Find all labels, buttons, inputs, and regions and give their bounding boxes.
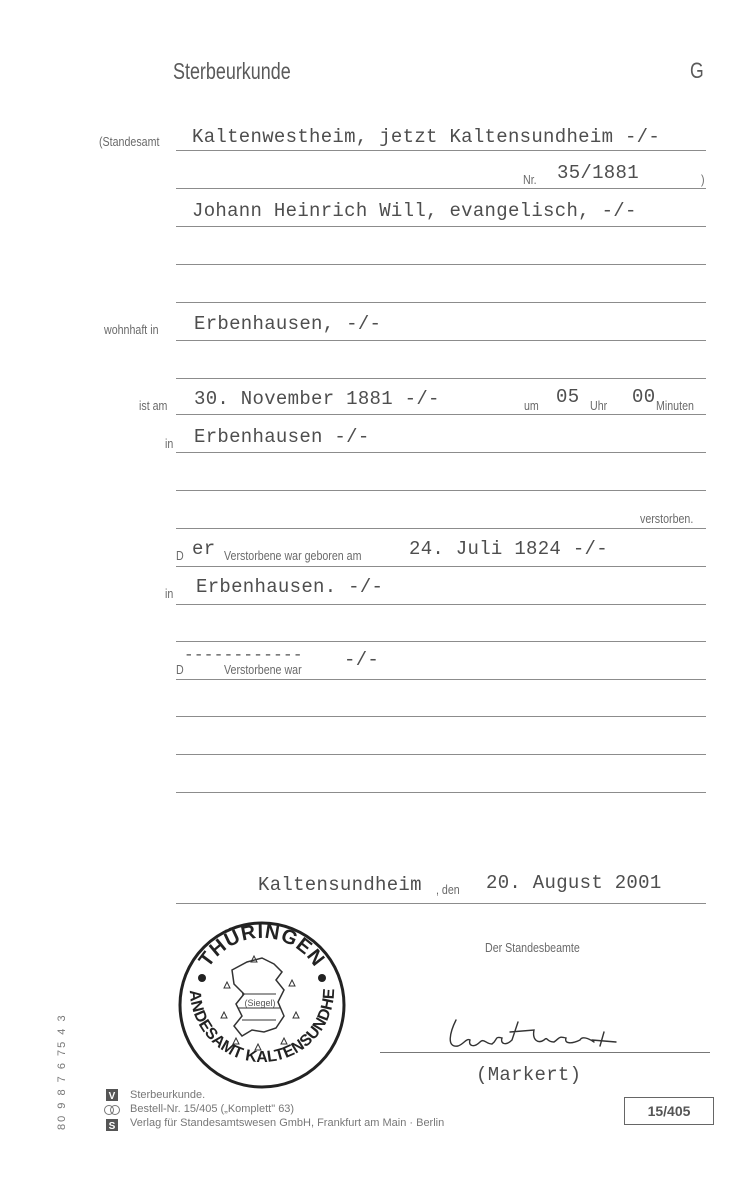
rule-line bbox=[176, 340, 706, 341]
rule-line bbox=[176, 302, 706, 303]
den-label: , den bbox=[436, 882, 460, 897]
verstorben-label: verstorben. bbox=[640, 511, 693, 526]
publisher-logo-icon: V S bbox=[104, 1089, 120, 1131]
svg-text:THÜRINGEN: THÜRINGEN bbox=[195, 921, 329, 971]
seal-center-text: (Siegel) bbox=[244, 998, 275, 1008]
official-title: Der Standesbeamte bbox=[485, 940, 580, 955]
registry-number-value: 35/1881 bbox=[557, 162, 639, 184]
paren-close: ) bbox=[701, 172, 705, 187]
rule-line bbox=[176, 226, 706, 227]
marital-label: Verstorbene war bbox=[224, 662, 302, 677]
official-seal-icon: THÜRINGEN STANDESAMT KALTENSUNDHEIM (Sie… bbox=[172, 920, 352, 1090]
um-label: um bbox=[524, 398, 539, 413]
birth-d-prefix: D bbox=[176, 548, 184, 563]
nr-label: Nr. bbox=[523, 172, 537, 187]
rule-line bbox=[176, 188, 706, 189]
birth-article-value: er bbox=[192, 538, 215, 560]
rule-line bbox=[176, 414, 706, 415]
svg-text:S: S bbox=[109, 1121, 116, 1131]
signature-icon bbox=[448, 1010, 628, 1055]
rule-line bbox=[176, 679, 706, 680]
rule-line bbox=[176, 716, 706, 717]
rule-line bbox=[176, 490, 706, 491]
death-place-label: in bbox=[165, 436, 173, 451]
seal-top-text: THÜRINGEN bbox=[195, 921, 329, 971]
marital-value: -/- bbox=[344, 649, 379, 671]
death-place-value: Erbenhausen -/- bbox=[194, 426, 370, 448]
death-minutes-value: 00 bbox=[632, 386, 655, 408]
rule-line bbox=[176, 792, 706, 793]
official-name-typed: (Markert) bbox=[476, 1064, 581, 1086]
rule-line bbox=[176, 264, 706, 265]
publisher-line: Sterbeurkunde. bbox=[130, 1088, 444, 1102]
birth-place-label: in bbox=[165, 586, 173, 601]
svg-text:V: V bbox=[109, 1091, 116, 1102]
vertical-code: 80 9 8 7 6 75 4 3 bbox=[56, 1013, 68, 1130]
order-number-box: 15/405 bbox=[624, 1097, 714, 1125]
rule-line bbox=[176, 378, 706, 379]
marital-d-prefix: D bbox=[176, 662, 184, 677]
document-title: Sterbeurkunde bbox=[173, 58, 291, 85]
publisher-line: Verlag für Standesamtswesen GmbH, Frankf… bbox=[130, 1116, 444, 1130]
birth-date-value: 24. Juli 1824 -/- bbox=[409, 538, 608, 560]
rule-line bbox=[176, 452, 706, 453]
birth-place-value: Erbenhausen. -/- bbox=[196, 576, 383, 598]
issuance-date-value: 20. August 2001 bbox=[486, 872, 662, 894]
rule-line bbox=[176, 150, 706, 151]
rule-line bbox=[176, 641, 706, 642]
signature-line bbox=[380, 1052, 710, 1053]
publisher-info: Sterbeurkunde. Bestell-Nr. 15/405 („Komp… bbox=[130, 1088, 444, 1130]
standesamt-label: (Standesamt bbox=[99, 134, 159, 149]
publisher-line: Bestell-Nr. 15/405 („Komplett" 63) bbox=[130, 1102, 444, 1116]
rule-line bbox=[176, 528, 706, 529]
uhr-label: Uhr bbox=[590, 398, 607, 413]
rule-line bbox=[176, 604, 706, 605]
residence-label: wohnhaft in bbox=[104, 322, 159, 337]
rule-line bbox=[176, 903, 706, 904]
rule-line bbox=[176, 566, 706, 567]
deceased-name-value: Johann Heinrich Will, evangelisch, -/- bbox=[192, 200, 637, 222]
minutes-label: Minuten bbox=[656, 398, 694, 413]
death-date-label: ist am bbox=[139, 398, 167, 413]
rule-line bbox=[176, 754, 706, 755]
death-date-value: 30. November 1881 -/- bbox=[194, 388, 440, 410]
residence-value: Erbenhausen, -/- bbox=[194, 313, 381, 335]
registry-office-value: Kaltenwestheim, jetzt Kaltensundheim -/- bbox=[192, 126, 660, 148]
form-letter: G bbox=[690, 58, 704, 84]
issuance-place-value: Kaltensundheim bbox=[258, 874, 422, 896]
born-label: Verstorbene war geboren am bbox=[224, 548, 361, 563]
death-hour-value: 05 bbox=[556, 386, 579, 408]
